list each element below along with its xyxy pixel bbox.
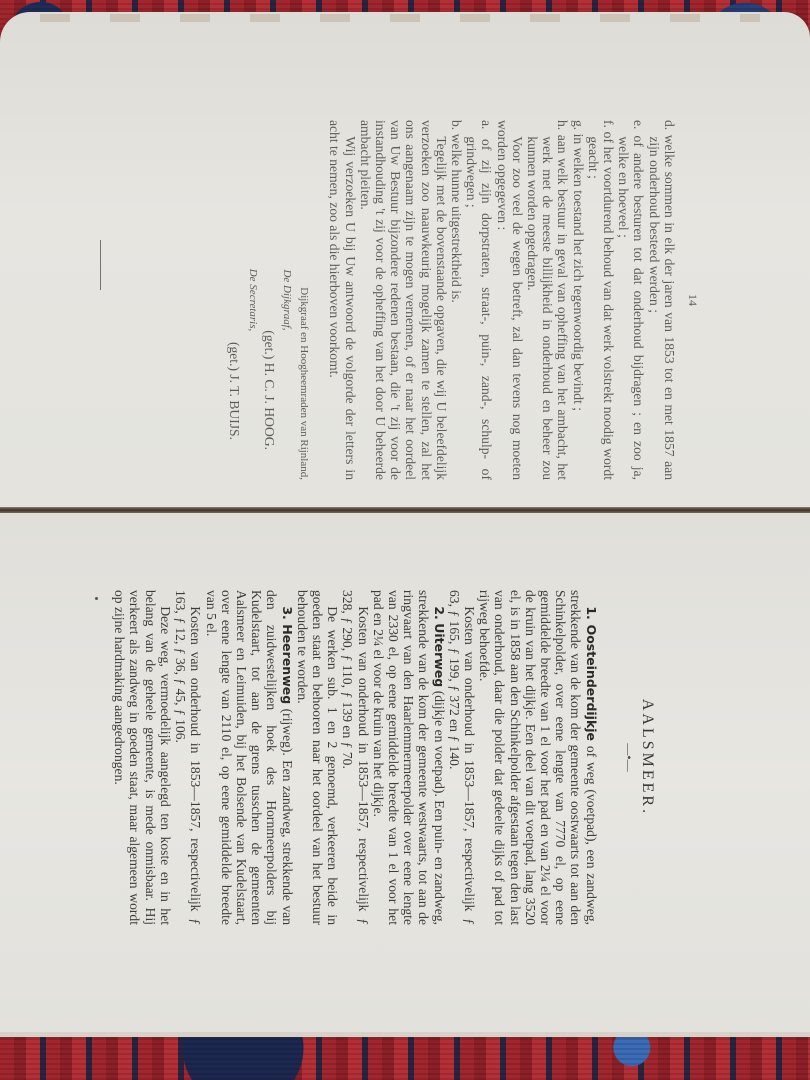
road-3-costs: Kosten van onderhoud in 1853—1857, respe… <box>173 590 203 925</box>
section-title: AALSMEER. <box>640 590 655 925</box>
item-e: e. of andere besturen tot dat onderhoud … <box>616 120 646 480</box>
road-1-name: Oosteinderdijkje <box>584 625 599 741</box>
road-2-number: 2. <box>432 606 447 619</box>
roads-intro: Voor zoo veel de wegen betreft, zal dan … <box>494 120 524 480</box>
road-3-entry: 3. Heerenweg (rijweg). Een zandweg, stre… <box>203 590 294 925</box>
road-1-number: 1. <box>584 606 599 619</box>
road-1-description: of weg (voetpad), een zandweg, strekkend… <box>477 590 598 925</box>
ink-speck <box>95 597 98 600</box>
signature-name-buijs: (get.) J. T. BUIJS. <box>227 120 242 480</box>
signature-role-dijkgraaf: De Dijkgraaf, <box>279 120 294 480</box>
road-3-name: Heerenweg <box>280 624 295 704</box>
page-edge-stain <box>40 14 760 22</box>
item-h: h. aan welk bestuur in geval van opheffi… <box>525 120 571 480</box>
road-3-number: 3. <box>280 606 295 619</box>
title-ornament: —•— <box>621 590 636 925</box>
signature-body: Dijkgraaf en Hoogheemraden van Rijnland, <box>296 120 311 480</box>
paragraph-request: Wij verzoeken U bij Uw antwoord de volgo… <box>327 120 357 480</box>
road-2-name: Uiterweg <box>432 623 447 687</box>
item-g: g. in welken toestand het zich tegenwoor… <box>570 120 585 480</box>
page-14-text: 14 d. welke sommen in elk der jaren van … <box>225 120 700 480</box>
road-item-b: b. welke hunne uitgestrektheid is. <box>449 120 464 480</box>
signature-block: Dijkgraaf en Hoogheemraden van Rijnland,… <box>227 120 311 480</box>
paragraph-together: Tegelijk met de bovenstaande opgaven, di… <box>358 120 449 480</box>
road-item-a: a. of zij zijn dorpstraten, straat-, pui… <box>464 120 494 480</box>
signature-role-secretaris: De Secretaris, <box>244 120 259 480</box>
page-number: 14 <box>685 120 700 480</box>
page-aalsmeer-text: AALSMEER. —•— 1. Oosteinderdijkje of weg… <box>112 590 655 925</box>
signature-name-hoog: (get.) H. C. J. HOOG. <box>262 120 277 480</box>
road-1-entry: 1. Oosteinderdijkje of weg (voetpad), ee… <box>477 590 599 925</box>
paragraph-works: De werken sub. 1 en 2 genoemd, verkeeren… <box>295 590 341 925</box>
page-fold-seam <box>0 507 810 513</box>
closing-rule <box>100 240 101 290</box>
item-f: f. of het voortdurend behoud van dat wer… <box>586 120 616 480</box>
road-2-costs: Kosten van onderhoud in 1853—1857, respe… <box>340 590 370 925</box>
paragraph-final: Deze weg, vermoedelijk aangelegd ten kos… <box>112 590 173 925</box>
road-2-entry: 2. Uiterweg (dijkje en voetpad). Een pui… <box>371 590 447 925</box>
item-d: d. welke sommen in elk der jaren van 185… <box>646 120 676 480</box>
road-1-costs: Kosten van onderhoud in 1853—1857, respe… <box>447 590 477 925</box>
